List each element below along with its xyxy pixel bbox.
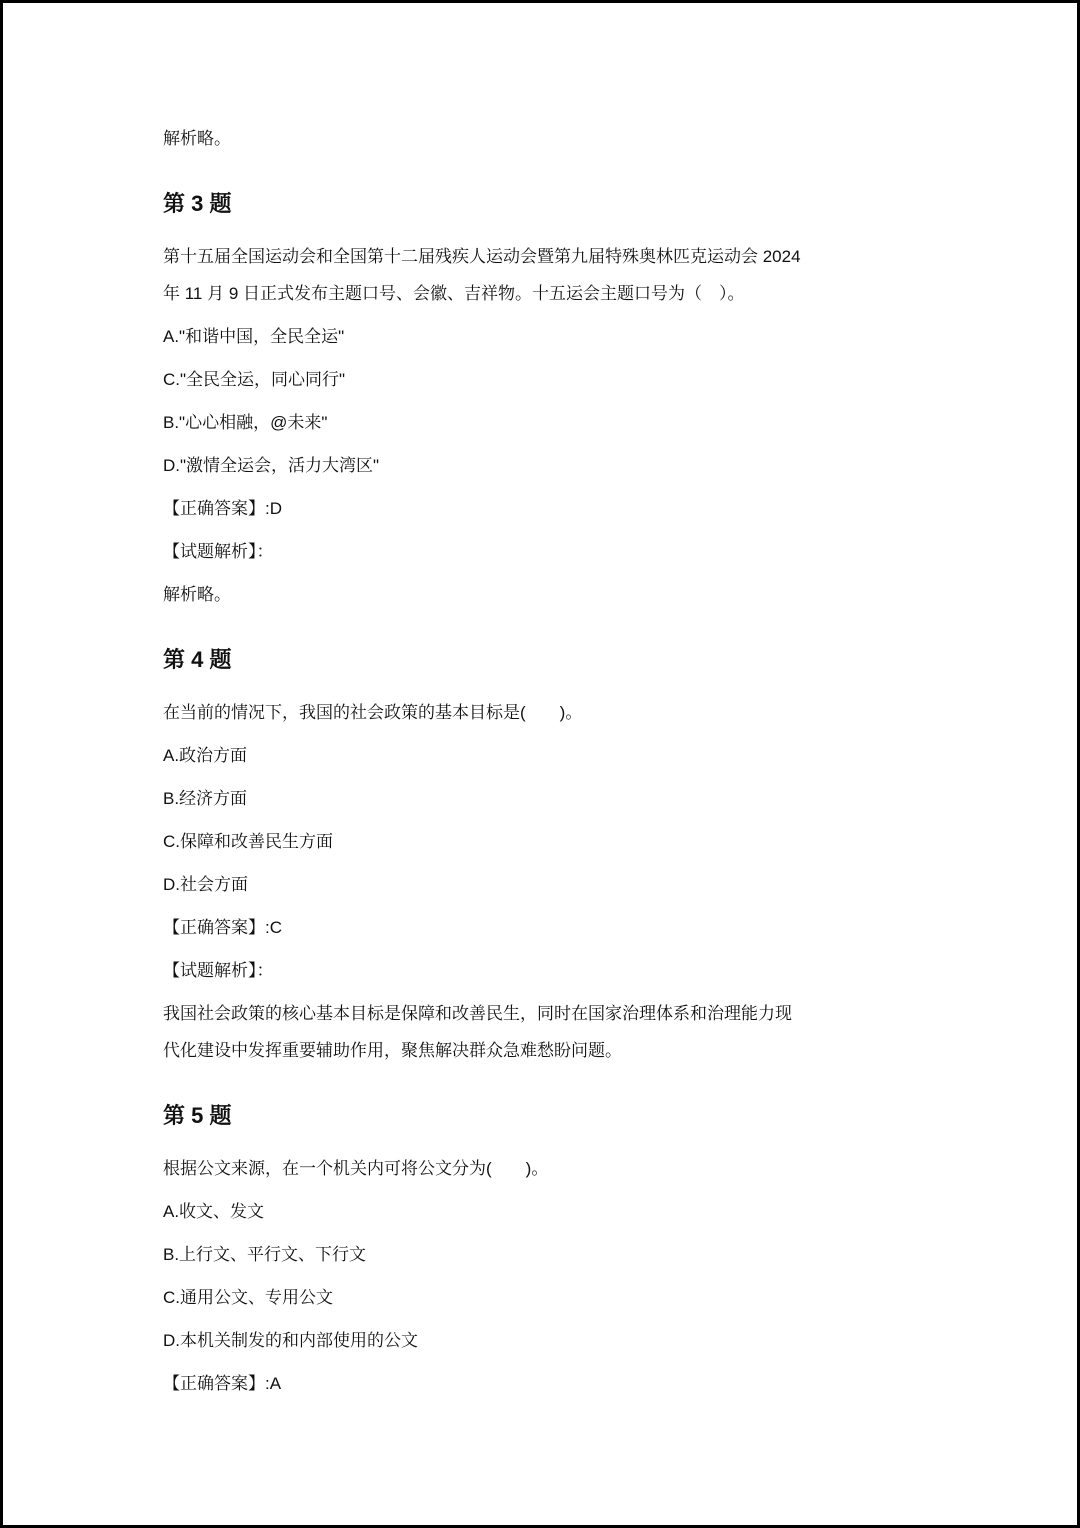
question-stem: 在当前的情况下，我国的社会政策的基本目标是( )。 bbox=[163, 694, 927, 731]
option-a: A."和谐中国，全民全运" bbox=[163, 318, 927, 355]
document-page: 解析略。 第 3 题 第十五届全国运动会和全国第十二届残疾人运动会暨第九届特殊奥… bbox=[0, 0, 1080, 1528]
answer-line: 【正确答案】:D bbox=[163, 490, 927, 527]
option-d: D."激情全运会，活力大湾区" bbox=[163, 447, 927, 484]
option-c: C.保障和改善民生方面 bbox=[163, 823, 927, 860]
option-c: C.通用公文、专用公文 bbox=[163, 1279, 927, 1316]
analysis-text-line: 代化建设中发挥重要辅助作用，聚焦解决群众急难愁盼问题。 bbox=[163, 1041, 622, 1060]
answer-line: 【正确答案】:C bbox=[163, 909, 927, 946]
question-block-3: 第 3 题 第十五届全国运动会和全国第十二届残疾人运动会暨第九届特殊奥林匹克运动… bbox=[163, 189, 927, 613]
analysis-text: 解析略。 bbox=[163, 576, 927, 613]
answer-line: 【正确答案】:A bbox=[163, 1365, 927, 1402]
question-heading: 第 3 题 bbox=[163, 189, 927, 219]
question-stem: 第十五届全国运动会和全国第十二届残疾人运动会暨第九届特殊奥林匹克运动会 2024… bbox=[163, 238, 927, 312]
option-b: B."心心相融，@未来" bbox=[163, 404, 927, 441]
question-block-4: 第 4 题 在当前的情况下，我国的社会政策的基本目标是( )。 A.政治方面 B… bbox=[163, 645, 927, 1069]
option-a: A.收文、发文 bbox=[163, 1193, 927, 1230]
option-d: D.社会方面 bbox=[163, 866, 927, 903]
option-b: B.经济方面 bbox=[163, 780, 927, 817]
document-content: 解析略。 第 3 题 第十五届全国运动会和全国第十二届残疾人运动会暨第九届特殊奥… bbox=[3, 3, 1077, 1402]
analysis-text: 我国社会政策的核心基本目标是保障和改善民生，同时在国家治理体系和治理能力现 代化… bbox=[163, 995, 927, 1069]
option-b: B.上行文、平行文、下行文 bbox=[163, 1236, 927, 1273]
analysis-label: 【试题解析】： bbox=[163, 533, 927, 570]
question-heading: 第 4 题 bbox=[163, 645, 927, 675]
option-a: A.政治方面 bbox=[163, 737, 927, 774]
question-stem-line: 年 11 月 9 日正式发布主题口号、会徽、吉祥物。十五运会主题口号为（ ）。 bbox=[163, 284, 745, 303]
question-stem-line: 第十五届全国运动会和全国第十二届残疾人运动会暨第九届特殊奥林匹克运动会 2024 bbox=[163, 247, 801, 266]
analysis-text: 解析略。 bbox=[163, 120, 927, 157]
question-block-5: 第 5 题 根据公文来源，在一个机关内可将公文分为( )。 A.收文、发文 B.… bbox=[163, 1101, 927, 1402]
analysis-text-line: 我国社会政策的核心基本目标是保障和改善民生，同时在国家治理体系和治理能力现 bbox=[163, 1004, 792, 1023]
option-d: D.本机关制发的和内部使用的公文 bbox=[163, 1322, 927, 1359]
option-c: C."全民全运，同心同行" bbox=[163, 361, 927, 398]
question-stem: 根据公文来源，在一个机关内可将公文分为( )。 bbox=[163, 1150, 927, 1187]
analysis-label: 【试题解析】： bbox=[163, 952, 927, 989]
question-heading: 第 5 题 bbox=[163, 1101, 927, 1131]
